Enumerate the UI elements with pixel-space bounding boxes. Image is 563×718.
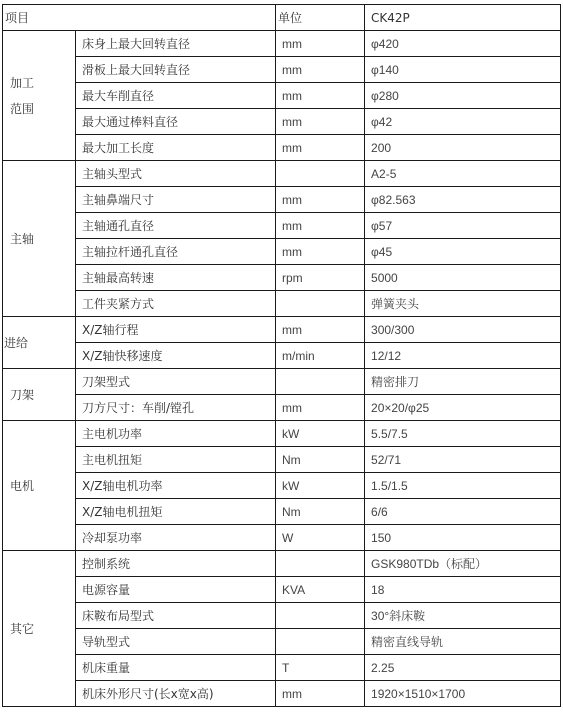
row-label: 最大车削直径 [76,83,276,109]
table-row: X/Z轴快移速度 m/min 12/12 [3,343,561,369]
table-row: 主轴通孔直径 mm φ57 [3,213,561,239]
row-unit: mm [276,187,365,213]
row-unit [276,291,365,317]
header-unit: 单位 [276,5,365,31]
row-value: φ82.563 [365,187,561,213]
row-label: X/Z轴快移速度 [76,343,276,369]
row-unit: KVA [276,577,365,603]
row-unit [276,551,365,577]
row-unit: mm [276,681,365,707]
row-label: 最大加工长度 [76,135,276,161]
row-unit: mm [276,239,365,265]
group-label-line: 范围 [10,96,75,122]
table-row: 工件夹紧方式 弹簧夹头 [3,291,561,317]
row-value: 20×20/φ25 [365,395,561,421]
group-other: 其它 [3,551,76,707]
table-row: 进给 X/Z轴行程 mm 300/300 [3,317,561,343]
table-row: 机床重量 T 2.25 [3,655,561,681]
row-unit: mm [276,83,365,109]
row-label: 电源容量 [76,577,276,603]
row-value: φ280 [365,83,561,109]
row-value: 6/6 [365,499,561,525]
row-label: 床身上最大回转直径 [76,31,276,57]
row-value: 52/71 [365,447,561,473]
table-row: 电机 主电机功率 kW 5.5/7.5 [3,421,561,447]
row-label: 床鞍布局型式 [76,603,276,629]
row-unit: W [276,525,365,551]
row-value: 5000 [365,265,561,291]
row-unit: mm [276,395,365,421]
row-label: 滑板上最大回转直径 [76,57,276,83]
header-item: 项目 [3,5,276,31]
row-label: X/Z轴电机扭矩 [76,499,276,525]
table-row: 刀方尺寸：车削/镗孔 mm 20×20/φ25 [3,395,561,421]
spec-table: 项目 单位 CK42P 加工 范围 床身上最大回转直径 mm φ420 滑板上最… [2,4,561,707]
row-label: 机床外形尺寸(长x宽x高) [76,681,276,707]
row-value: 200 [365,135,561,161]
table-row: X/Z轴电机功率 kW 1.5/1.5 [3,473,561,499]
row-label: 主轴拉杆通孔直径 [76,239,276,265]
table-row: 最大加工长度 mm 200 [3,135,561,161]
row-unit: kW [276,421,365,447]
row-value: φ420 [365,31,561,57]
row-value: GSK980TDb（标配） [365,551,561,577]
header-row: 项目 单位 CK42P [3,5,561,31]
table-row: 滑板上最大回转直径 mm φ140 [3,57,561,83]
table-row: 主轴鼻端尺寸 mm φ82.563 [3,187,561,213]
header-model: CK42P [365,5,561,31]
row-label: 最大通过棒料直径 [76,109,276,135]
table-row: 导轨型式 精密直线导轨 [3,629,561,655]
row-value: φ140 [365,57,561,83]
row-value: φ42 [365,109,561,135]
row-label: 导轨型式 [76,629,276,655]
row-value: 5.5/7.5 [365,421,561,447]
row-label: 冷却泵功率 [76,525,276,551]
group-tool-holder: 刀架 [3,369,76,421]
row-label: 机床重量 [76,655,276,681]
row-label: 刀架型式 [76,369,276,395]
table-row: 电源容量 KVA 18 [3,577,561,603]
table-row: X/Z轴电机扭矩 Nm 6/6 [3,499,561,525]
row-label: 主轴头型式 [76,161,276,187]
row-unit [276,629,365,655]
row-value: 30°斜床鞍 [365,603,561,629]
row-unit: mm [276,135,365,161]
row-value: 300/300 [365,317,561,343]
group-machining-range: 加工 范围 [3,31,76,161]
row-label: 主电机扭矩 [76,447,276,473]
row-unit: mm [276,57,365,83]
row-value: φ57 [365,213,561,239]
row-unit [276,369,365,395]
table-row: 最大车削直径 mm φ280 [3,83,561,109]
row-value: 精密直线导轨 [365,629,561,655]
row-label: 主轴最高转速 [76,265,276,291]
table-row: 主轴最高转速 rpm 5000 [3,265,561,291]
table-row: 主轴 主轴头型式 A2-5 [3,161,561,187]
row-label: 主轴鼻端尺寸 [76,187,276,213]
row-label: X/Z轴电机功率 [76,473,276,499]
row-value: 1.5/1.5 [365,473,561,499]
row-label: 工件夹紧方式 [76,291,276,317]
table-row: 主轴拉杆通孔直径 mm φ45 [3,239,561,265]
group-label-line: 加工 [10,70,75,96]
row-unit: mm [276,317,365,343]
row-value: 150 [365,525,561,551]
row-unit: mm [276,109,365,135]
table-row: 机床外形尺寸(长x宽x高) mm 1920×1510×1700 [3,681,561,707]
row-unit [276,161,365,187]
row-value: A2-5 [365,161,561,187]
row-unit: Nm [276,447,365,473]
row-unit: kW [276,473,365,499]
row-unit: Nm [276,499,365,525]
table-row: 刀架 刀架型式 精密排刀 [3,369,561,395]
row-label: 主轴通孔直径 [76,213,276,239]
row-unit: mm [276,31,365,57]
row-unit: m/min [276,343,365,369]
row-label: 刀方尺寸：车削/镗孔 [76,395,276,421]
table-row: 加工 范围 床身上最大回转直径 mm φ420 [3,31,561,57]
row-unit: T [276,655,365,681]
row-unit: rpm [276,265,365,291]
row-unit [276,603,365,629]
group-spindle: 主轴 [3,161,76,317]
table-row: 主电机扭矩 Nm 52/71 [3,447,561,473]
row-label: 主电机功率 [76,421,276,447]
table-row: 床鞍布局型式 30°斜床鞍 [3,603,561,629]
row-value: φ45 [365,239,561,265]
row-value: 精密排刀 [365,369,561,395]
row-value: 弹簧夹头 [365,291,561,317]
row-label: 控制系统 [76,551,276,577]
row-value: 18 [365,577,561,603]
row-unit: mm [276,213,365,239]
group-motor: 电机 [3,421,76,551]
group-feed: 进给 [3,317,76,369]
table-row: 其它 控制系统 GSK980TDb（标配） [3,551,561,577]
table-row: 冷却泵功率 W 150 [3,525,561,551]
row-value: 12/12 [365,343,561,369]
row-label: X/Z轴行程 [76,317,276,343]
row-value: 2.25 [365,655,561,681]
row-value: 1920×1510×1700 [365,681,561,707]
table-row: 最大通过棒料直径 mm φ42 [3,109,561,135]
